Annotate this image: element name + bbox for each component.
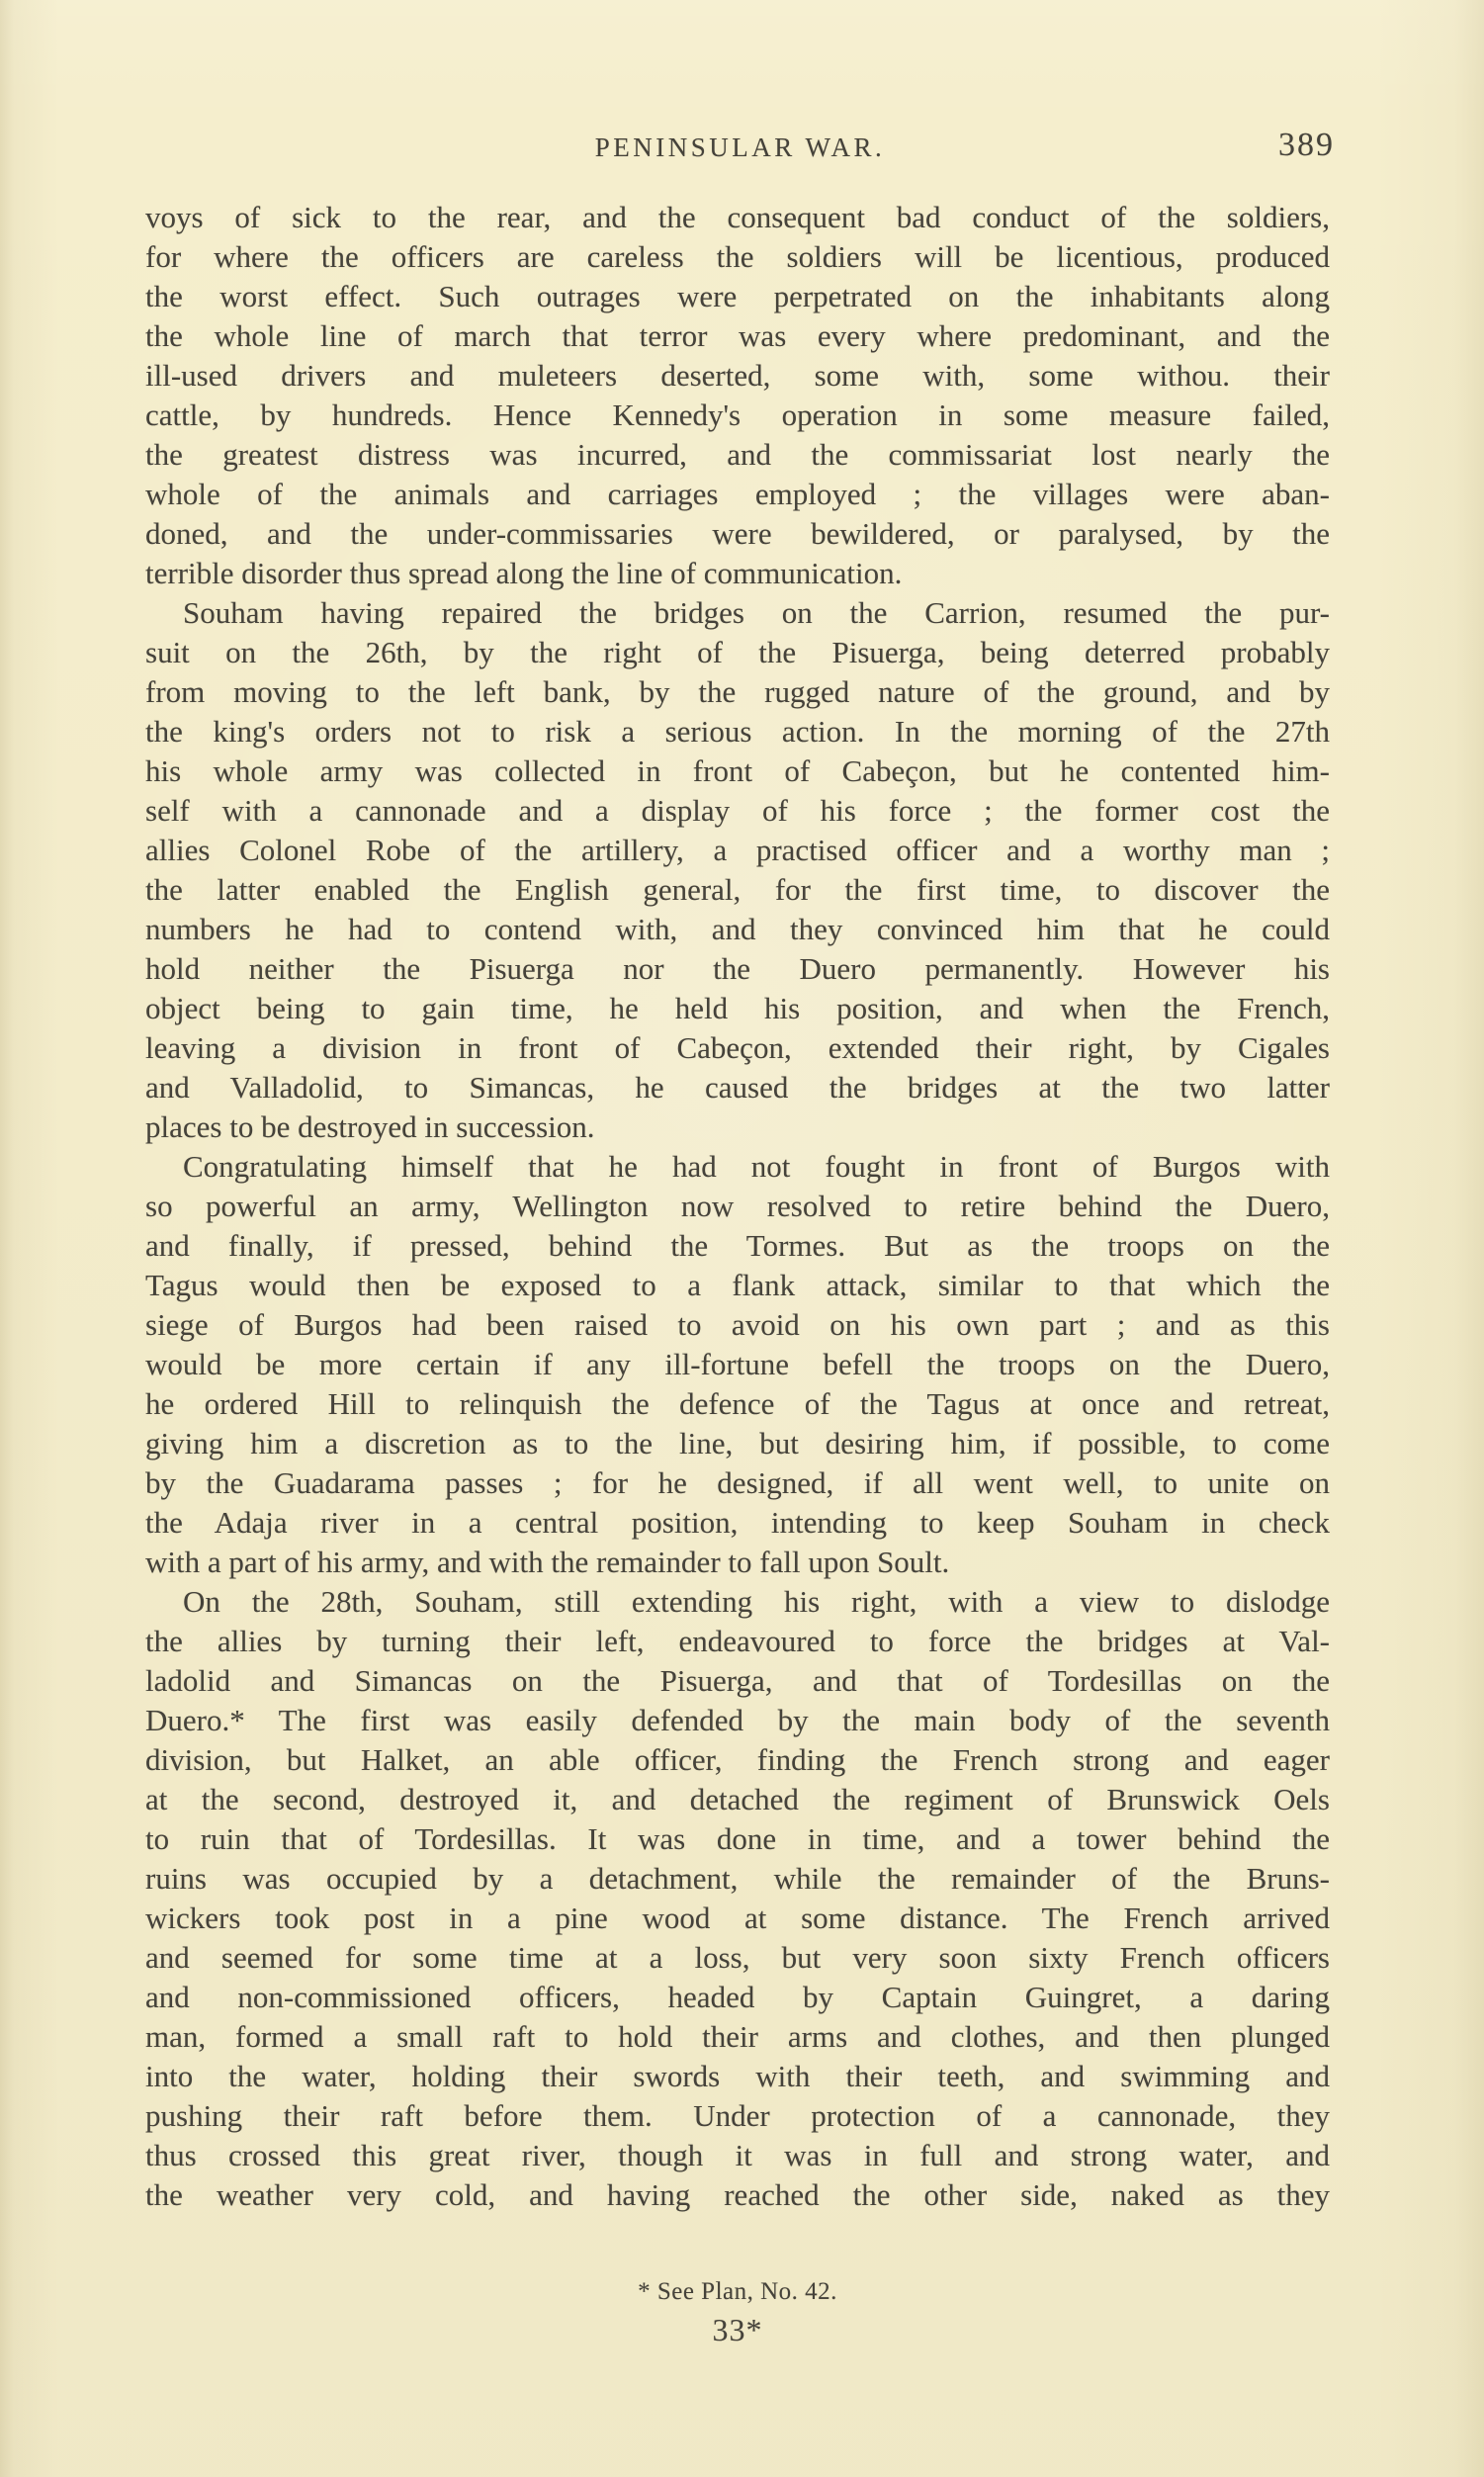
text-line: with a part of his army, and with the re… (145, 1543, 1330, 1582)
text-line: so powerful an army, Wellington now reso… (145, 1187, 1330, 1226)
text-line: wickers took post in a pine wood at some… (145, 1899, 1330, 1938)
text-line: and seemed for some time at a loss, but … (145, 1938, 1330, 1978)
text-line: Duero.* The first was easily defended by… (145, 1701, 1330, 1740)
text-line: terrible disorder thus spread along the … (145, 554, 1330, 593)
text-line: and Valladolid, to Simancas, he caused t… (145, 1068, 1330, 1107)
signature-mark: 33* (145, 2312, 1330, 2348)
text-line: allies Colonel Robe of the artillery, a … (145, 831, 1330, 870)
text-line: the king's orders not to risk a serious … (145, 712, 1330, 752)
text-line: doned, and the under-commissaries were b… (145, 514, 1330, 554)
text-line: giving him a discretion as to the line, … (145, 1424, 1330, 1463)
text-line: the weather very cold, and having reache… (145, 2175, 1330, 2215)
text-line: numbers he had to contend with, and they… (145, 910, 1330, 949)
text-line: Tagus would then be exposed to a flank a… (145, 1266, 1330, 1305)
text-line: cattle, by hundreds. Hence Kennedy's ope… (145, 396, 1330, 435)
footnote: * See Plan, No. 42. (145, 2278, 1330, 2306)
text-line: the greatest distress was incurred, and … (145, 435, 1330, 475)
text-line: object being to gain time, he held his p… (145, 989, 1330, 1028)
text-line: division, but Halket, an able officer, f… (145, 1740, 1330, 1780)
text-line: Congratulating himself that he had not f… (145, 1147, 1330, 1187)
text-line: self with a cannonade and a display of h… (145, 791, 1330, 831)
text-line: ruins was occupied by a detachment, whil… (145, 1859, 1330, 1899)
text-line: leaving a division in front of Cabeçon, … (145, 1028, 1330, 1068)
text-line: by the Guadarama passes ; for he designe… (145, 1463, 1330, 1503)
text-line: thus crossed this great river, though it… (145, 2136, 1330, 2175)
text-line: the latter enabled the English general, … (145, 870, 1330, 910)
text-line: whole of the animals and carriages emplo… (145, 475, 1330, 514)
running-title: PENINSULAR WAR. (145, 133, 1335, 163)
text-line: suit on the 26th, by the right of the Pi… (145, 633, 1330, 672)
text-line: and finally, if pressed, behind the Torm… (145, 1226, 1330, 1266)
text-block: voys of sick to the rear, and the conseq… (145, 198, 1330, 2215)
text-line: at the second, destroyed it, and detache… (145, 1780, 1330, 1819)
text-line: he ordered Hill to relinquish the defenc… (145, 1384, 1330, 1424)
text-line: On the 28th, Souham, still extending his… (145, 1582, 1330, 1622)
text-line: pushing their raft before them. Under pr… (145, 2096, 1330, 2136)
text-line: voys of sick to the rear, and the conseq… (145, 198, 1330, 237)
page-number: 389 (1278, 127, 1335, 164)
text-line: the worst effect. Such outrages were per… (145, 277, 1330, 316)
text-line: the allies by turning their left, endeav… (145, 1622, 1330, 1661)
text-line: into the water, holding their swords wit… (145, 2057, 1330, 2096)
text-line: for where the officers are careless the … (145, 237, 1330, 277)
text-line: ill-used drivers and muleteers deserted,… (145, 356, 1330, 396)
text-line: from moving to the left bank, by the rug… (145, 672, 1330, 712)
text-line: Souham having repaired the bridges on th… (145, 593, 1330, 633)
text-line: the Adaja river in a central position, i… (145, 1503, 1330, 1543)
text-line: siege of Burgos had been raised to avoid… (145, 1305, 1330, 1345)
page-header: PENINSULAR WAR. 389 (145, 133, 1335, 176)
text-line: the whole line of march that terror was … (145, 316, 1330, 356)
text-line: places to be destroyed in succession. (145, 1107, 1330, 1147)
text-line: ladolid and Simancas on the Pisuerga, an… (145, 1661, 1330, 1701)
text-line: hold neither the Pisuerga nor the Duero … (145, 949, 1330, 989)
text-line: would be more certain if any ill-fortune… (145, 1345, 1330, 1384)
text-line: and non-commissioned officers, headed by… (145, 1978, 1330, 2017)
text-line: his whole army was collected in front of… (145, 752, 1330, 791)
book-page: PENINSULAR WAR. 389 voys of sick to the … (0, 0, 1484, 2477)
text-line: man, formed a small raft to hold their a… (145, 2017, 1330, 2057)
text-line: to ruin that of Tordesillas. It was done… (145, 1819, 1330, 1859)
